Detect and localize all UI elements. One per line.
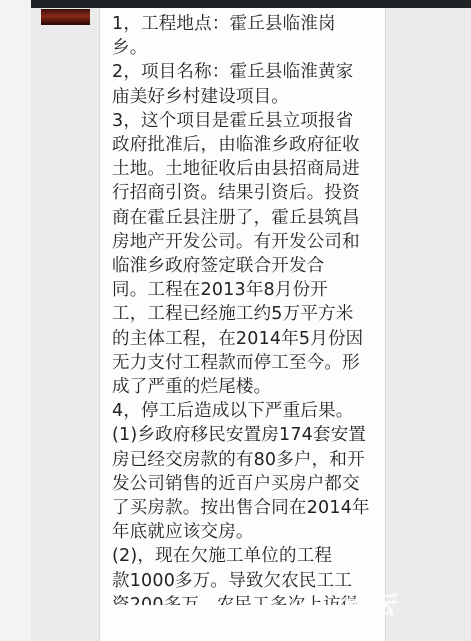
message-line: 了买房款。按出售合同在2014年 (112, 496, 380, 520)
message-line: 发公司销售的近百户买房户都交 (112, 472, 380, 496)
message-line: 成了严重的烂尾楼。 (112, 375, 380, 399)
message-line: 乡。 (112, 36, 380, 60)
message-line: 同。工程在2013年8月份开 (112, 278, 380, 302)
message-line: 行招商引资。结果引资后。投资 (112, 181, 380, 205)
message-line: 无力支付工程款而停工至今。形 (112, 351, 380, 375)
message-line: 工，工程已经施工约5万平方米 (112, 302, 380, 326)
message-line: 庙美好乡村建设项目。 (112, 85, 380, 109)
user-avatar-icon[interactable] (41, 9, 90, 25)
message-line: 3，这个项目是霍丘县立项报省 (112, 109, 380, 133)
message-line: 临淮乡政府签定联合开发合 (112, 254, 380, 278)
left-margin (0, 0, 31, 641)
message-line: 2，项目名称：霍丘县临淮黄家 (112, 60, 380, 84)
message-line: 房已经交房款的有80多户，和开 (112, 448, 380, 472)
message-line: 政府批准后，由临淮乡政府征收 (112, 133, 380, 157)
message-line: 4，停工后造成以下严重后果。 (112, 399, 380, 423)
message-line: (1)乡政府移民安置房174套安置 (112, 423, 380, 447)
message-line: 房地产开发公司。有开发公司和 (112, 230, 380, 254)
message-line: 的主体工程，在2014年5月份因 (112, 327, 380, 351)
watermark: 论坛 (340, 585, 396, 622)
message-line: 1，工程地点：霍丘县临淮岗 (112, 12, 380, 36)
status-bar (31, 0, 471, 8)
message-line: 商在霍丘县注册了，霍丘县筑昌 (112, 206, 380, 230)
message-line: 土地。土地征收后由县招商局进 (112, 157, 380, 181)
message-line: 年底就应该交房。 (112, 520, 380, 544)
message-text: 1，工程地点：霍丘县临淮岗 乡。 2，项目名称：霍丘县临淮黄家 庙美好乡村建设项… (112, 12, 380, 605)
message-line: (2)，现在欠施工单位的工程 (112, 544, 380, 568)
